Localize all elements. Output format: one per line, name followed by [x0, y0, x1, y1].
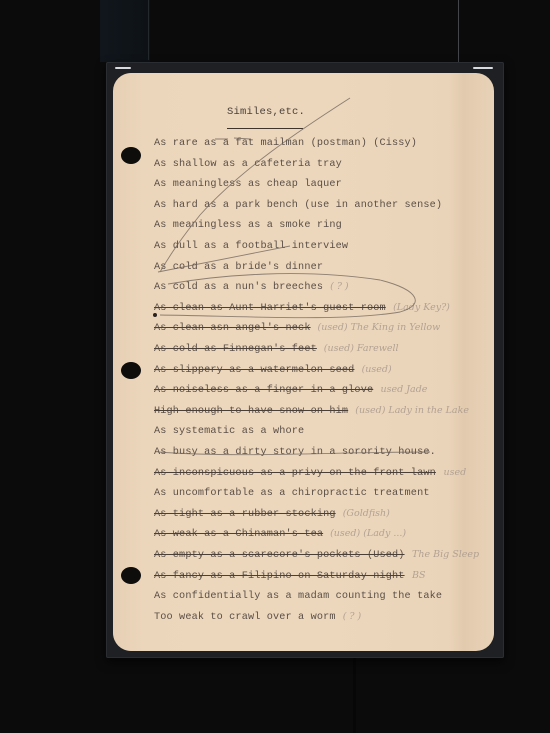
punch-hole: [121, 567, 141, 584]
handwritten-note: BS: [412, 570, 426, 581]
simile-line: As systematic as a whore: [154, 426, 304, 437]
handwritten-note: used: [444, 467, 467, 478]
handwritten-note: (used): [362, 364, 392, 375]
simile-line: As noiseless as a finger in a glove: [154, 385, 373, 396]
simile-line: As clean as Aunt Harriet's guest room: [154, 303, 386, 314]
handwritten-note: (Lady Key?): [393, 302, 450, 313]
handwritten-note: (used) The King in Yellow: [318, 322, 441, 333]
simile-line: As hard as a park bench (use in another …: [154, 200, 442, 211]
punch-hole: [121, 362, 141, 379]
simile-line: Too weak to crawl over a worm: [154, 612, 336, 623]
handwritten-note: (used) (Lady ...): [330, 528, 406, 539]
simile-line: As meaningless as a smoke ring: [154, 220, 342, 231]
simile-line: As cold as Finnegan's feet: [154, 344, 317, 355]
simile-line: As rare as a fat mailman (postman) (Ciss…: [154, 138, 417, 149]
simile-line: As tight as a rubber stocking: [154, 509, 336, 520]
simile-line: As clean asn angel's neck: [154, 323, 311, 334]
simile-line: As empty as a scarecore's pockets (Used): [154, 550, 405, 561]
frame-clip: [473, 67, 493, 69]
handwritten-note: (used) Lady in the Lake: [355, 405, 469, 416]
title-underline: [227, 128, 303, 129]
simile-line: As slippery as a watermelon seed: [154, 365, 354, 376]
page-title: Similes,etc.: [227, 106, 305, 118]
punch-hole: [121, 147, 141, 164]
simile-line: As uncomfortable as a chiropractic treat…: [154, 488, 430, 499]
simile-line: As cold as a nun's breeches: [154, 282, 323, 293]
simile-line: High enough to have snow on him: [154, 406, 348, 417]
handwritten-note: ( ? ): [330, 281, 349, 292]
backdrop-seam: [353, 655, 356, 733]
simile-line: As confidentially as a madam counting th…: [154, 591, 442, 602]
frame-clip: [115, 67, 131, 69]
simile-line: As meaningless as cheap laquer: [154, 179, 342, 190]
simile-line: As weak as a Chinaman's tea: [154, 529, 323, 540]
hanging-wire: [148, 0, 149, 60]
simile-line: As inconspicuous as a privy on the front…: [154, 468, 436, 479]
backdrop-panel: [100, 0, 150, 62]
handwritten-note: ( ? ): [343, 611, 362, 622]
simile-line: As shallow as a cafeteria tray: [154, 159, 342, 170]
hanging-wire: [458, 0, 459, 64]
handwritten-note: The Big Sleep: [412, 549, 479, 560]
handwritten-note: (Goldfish): [343, 508, 390, 519]
simile-line: As fancy as a Filipino on Saturday night: [154, 571, 405, 582]
handwritten-note: used Jade: [381, 384, 428, 395]
simile-line: As cold as a bride's dinner: [154, 262, 323, 273]
simile-line: As dull as a football interview: [154, 241, 348, 252]
simile-line: As busy as a dirty story in a sorority h…: [154, 447, 436, 458]
handwritten-note: (used) Farewell: [324, 343, 399, 354]
